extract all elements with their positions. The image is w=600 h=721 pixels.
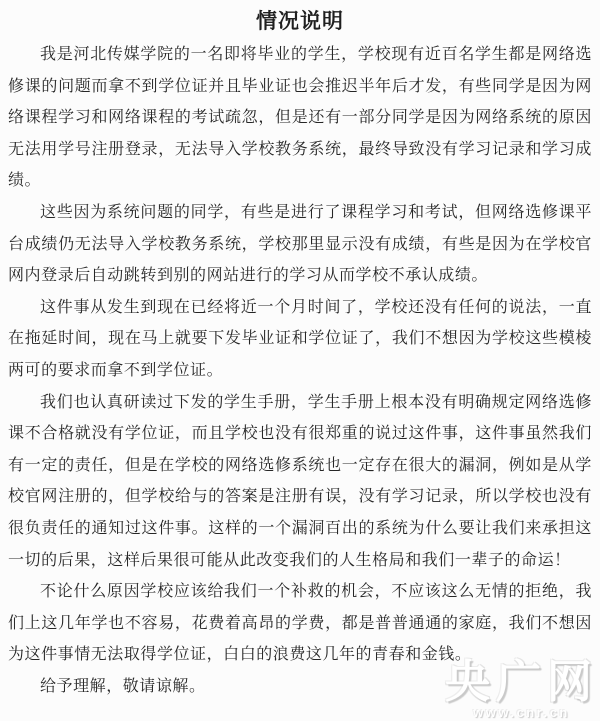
paragraph-5: 不论什么原因学校应该给我们一个补救的机会，不应该这么无情的拒绝，我们上这几年学也… xyxy=(8,576,592,671)
document-body: 我是河北传媒学院的一名即将毕业的学生，学校现有近百名学生都是网络选修课的问题而拿… xyxy=(0,35,600,702)
document-title: 情况说明 xyxy=(0,0,600,35)
document-page: 情况说明 我是河北传媒学院的一名即将毕业的学生，学校现有近百名学生都是网络选修课… xyxy=(0,0,600,721)
paragraph-4: 我们也认真研读过下发的学生手册，学生手册上根本没有明确规定网络选修课不合格就没有… xyxy=(8,387,592,577)
paragraph-3: 这件事从发生到现在已经将近一个月时间了，学校还没有任何的说法，一直在拖延时间，现… xyxy=(8,292,592,387)
cnr-watermark-url-text: www.cnr.cn xyxy=(445,706,598,719)
paragraph-1: 我是河北传媒学院的一名即将毕业的学生，学校现有近百名学生都是网络选修课的问题而拿… xyxy=(8,39,592,197)
paragraph-closing: 给予理解，敬请谅解。 xyxy=(8,671,592,703)
paragraph-2: 这些因为系统问题的同学，有些是进行了课程学习和考试，但网络选修课平台成绩仍无法导… xyxy=(8,197,592,292)
